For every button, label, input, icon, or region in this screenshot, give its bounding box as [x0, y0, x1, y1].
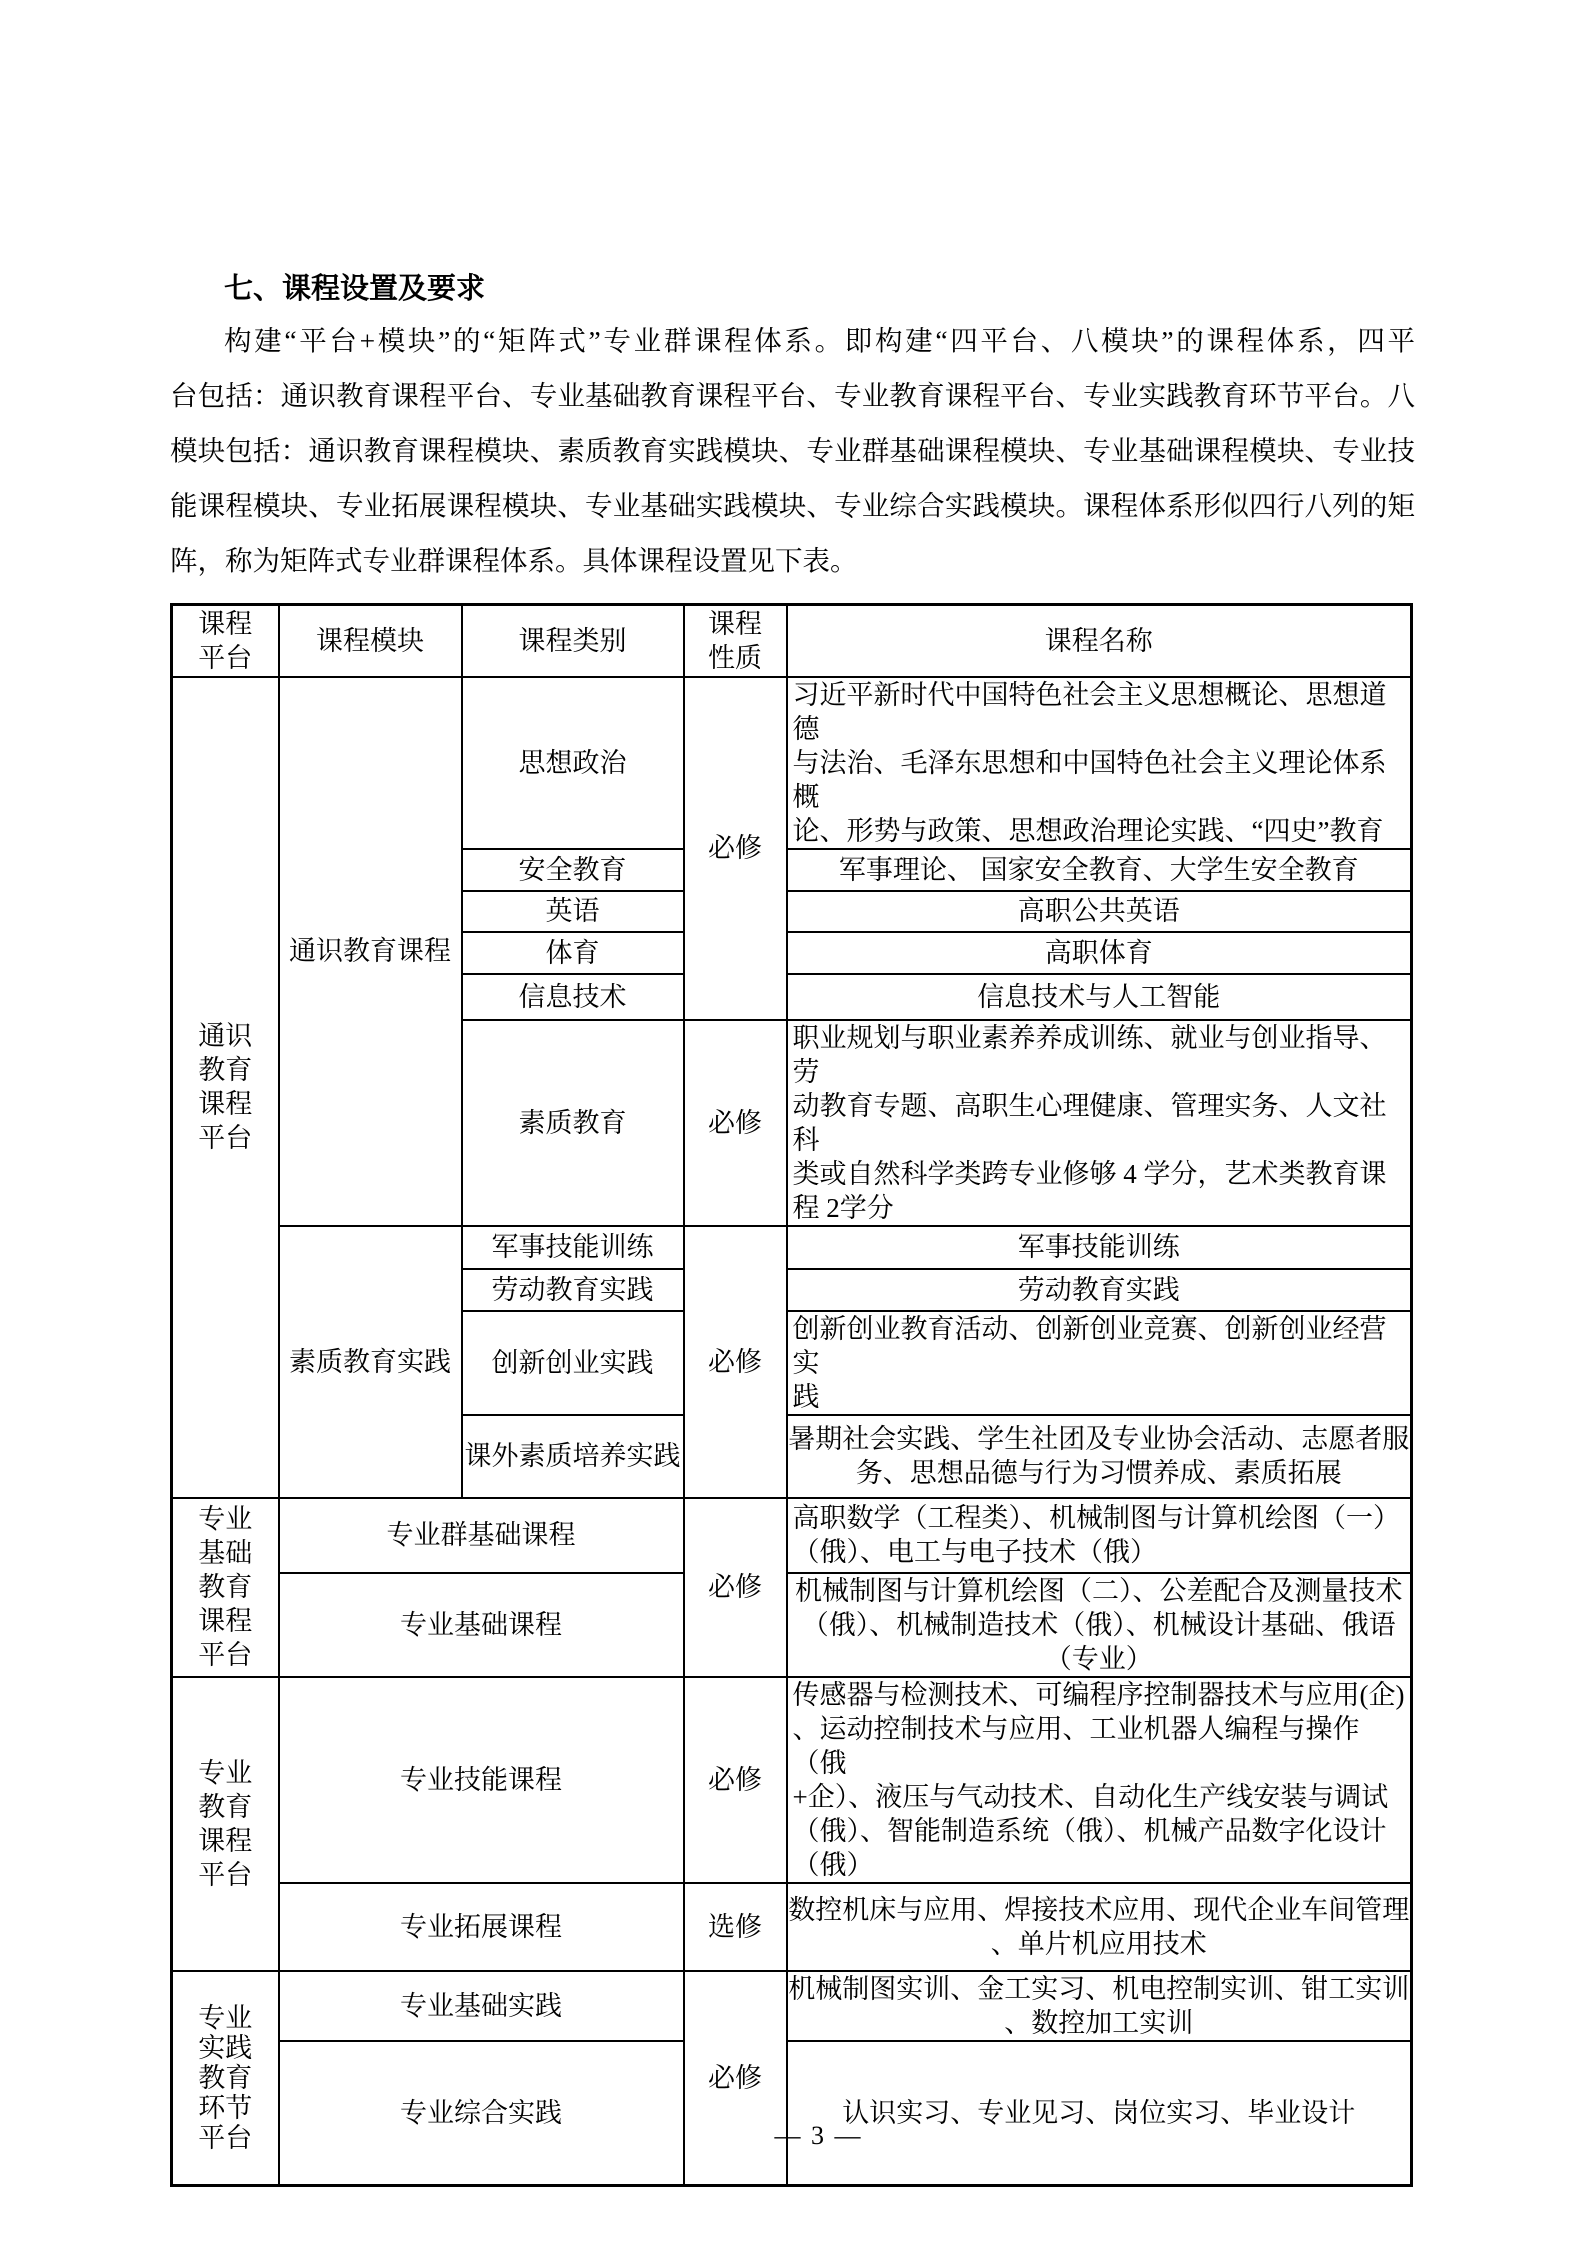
- table-row: 通识 教育 课程 平台 通识教育课程 思想政治 必修 习近平新时代中国特色社会主…: [172, 677, 1412, 849]
- header-nature: 课程 性质: [684, 605, 787, 677]
- courses-cell: 习近平新时代中国特色社会主义思想概论、思想道德 与法治、毛泽东思想和中国特色社会…: [787, 677, 1412, 849]
- platform-cell: 专业 基础 教育 课程 平台: [172, 1498, 279, 1677]
- courses-cell: 机械制图实训、金工实习、机电控制实训、钳工实训 、数控加工实训: [787, 1971, 1412, 2041]
- paragraph-line: 能课程模块、专业拓展课程模块、专业基础实践模块、专业综合实践模块。课程体系形似四…: [170, 478, 1415, 533]
- courses-cell: 职业规划与职业素养养成训练、就业与创业指导、劳 动教育专题、高职生心理健康、管理…: [787, 1020, 1412, 1226]
- courses-cell: 高职体育: [787, 932, 1412, 974]
- nature-cell: 选修: [684, 1883, 787, 1971]
- header-category: 课程类别: [462, 605, 684, 677]
- category-cell: 体育: [462, 932, 684, 974]
- category-cell: 专业拓展课程: [279, 1883, 684, 1971]
- table-row: 专业基础课程 机械制图与计算机绘图（二）、公差配合及测量技术 （俄）、机械制造技…: [172, 1573, 1412, 1677]
- category-cell: 课外素质培养实践: [462, 1415, 684, 1498]
- table-row: 素质教育实践 军事技能训练 必修 军事技能训练: [172, 1226, 1412, 1269]
- category-cell: 信息技术: [462, 974, 684, 1020]
- header-module: 课程模块: [279, 605, 462, 677]
- table-row: 专业 教育 课程 平台 专业技能课程 必修 传感器与检测技术、可编程序控制器技术…: [172, 1677, 1412, 1883]
- category-cell: 专业基础实践: [279, 1971, 684, 2041]
- nature-cell: 必修: [684, 1677, 787, 1883]
- table-row: 专业综合实践 认识实习、专业见习、岗位实习、毕业设计: [172, 2041, 1412, 2186]
- courses-cell: 暑期社会实践、学生社团及专业协会活动、志愿者服 务、思想品德与行为习惯养成、素质…: [787, 1415, 1412, 1498]
- category-cell: 劳动教育实践: [462, 1269, 684, 1311]
- courses-cell: 认识实习、专业见习、岗位实习、毕业设计: [787, 2041, 1412, 2186]
- category-cell: 创新创业实践: [462, 1311, 684, 1415]
- platform-cell: 通识 教育 课程 平台: [172, 677, 279, 1498]
- table-row: 专业 基础 教育 课程 平台 专业群基础课程 必修 高职数学（工程类）、机械制图…: [172, 1498, 1412, 1573]
- nature-cell: 必修: [684, 1020, 787, 1226]
- header-platform: 课程 平台: [172, 605, 279, 677]
- courses-cell: 数控机床与应用、焊接技术应用、现代企业车间管理 、单片机应用技术: [787, 1883, 1412, 1971]
- table-row: 专业拓展课程 选修 数控机床与应用、焊接技术应用、现代企业车间管理 、单片机应用…: [172, 1883, 1412, 1971]
- courses-cell: 军事技能训练: [787, 1226, 1412, 1269]
- category-cell: 专业技能课程: [279, 1677, 684, 1883]
- category-cell: 专业群基础课程: [279, 1498, 684, 1573]
- paragraph-line: 构建“平台+模块”的“矩阵式”专业群课程体系。即构建“四平台、八模块”的课程体系…: [170, 313, 1415, 368]
- category-cell: 专业综合实践: [279, 2041, 684, 2186]
- courses-cell: 军事理论、 国家安全教育、大学生安全教育: [787, 849, 1412, 891]
- courses-cell: 高职数学（工程类）、机械制图与计算机绘图（一） （俄）、电工与电子技术（俄）: [787, 1498, 1412, 1573]
- platform-cell: 专业 教育 课程 平台: [172, 1677, 279, 1971]
- category-cell: 军事技能训练: [462, 1226, 684, 1269]
- paragraph-line: 阵，称为矩阵式专业群课程体系。具体课程设置见下表。: [170, 533, 1415, 588]
- header-course-names: 课程名称: [787, 605, 1412, 677]
- module-cell: 通识教育课程: [279, 677, 462, 1226]
- curriculum-table: 课程 平台 课程模块 课程类别 课程 性质 课程名称 通识 教育 课程 平台 通…: [170, 603, 1413, 2187]
- category-cell: 安全教育: [462, 849, 684, 891]
- table-header-row: 课程 平台 课程模块 课程类别 课程 性质 课程名称: [172, 605, 1412, 677]
- courses-cell: 创新创业教育活动、创新创业竞赛、创新创业经营实 践: [787, 1311, 1412, 1415]
- category-cell: 英语: [462, 891, 684, 932]
- courses-cell: 机械制图与计算机绘图（二）、公差配合及测量技术 （俄）、机械制造技术（俄）、机械…: [787, 1573, 1412, 1677]
- page-number: — 3 —: [0, 2116, 1587, 2156]
- category-cell: 素质教育: [462, 1020, 684, 1226]
- table-row: 专业 实践 教育 环节 平台 专业基础实践 必修 机械制图实训、金工实习、机电控…: [172, 1971, 1412, 2041]
- paragraph-line: 台包括：通识教育课程平台、专业基础教育课程平台、专业教育课程平台、专业实践教育环…: [170, 368, 1415, 423]
- courses-cell: 高职公共英语: [787, 891, 1412, 932]
- section-heading: 七、课程设置及要求: [170, 262, 1415, 317]
- nature-cell: 必修: [684, 677, 787, 1020]
- intro-paragraph: 构建“平台+模块”的“矩阵式”专业群课程体系。即构建“四平台、八模块”的课程体系…: [170, 313, 1415, 588]
- category-cell: 专业基础课程: [279, 1573, 684, 1677]
- courses-cell: 传感器与检测技术、可编程序控制器技术与应用(企) 、运动控制技术与应用、工业机器…: [787, 1677, 1412, 1883]
- nature-cell: 必修: [684, 1498, 787, 1677]
- paragraph-line: 模块包括：通识教育课程模块、素质教育实践模块、专业群基础课程模块、专业基础课程模…: [170, 423, 1415, 478]
- courses-cell: 信息技术与人工智能: [787, 974, 1412, 1020]
- category-cell: 思想政治: [462, 677, 684, 849]
- module-cell: 素质教育实践: [279, 1226, 462, 1498]
- nature-cell: 必修: [684, 1226, 787, 1498]
- courses-cell: 劳动教育实践: [787, 1269, 1412, 1311]
